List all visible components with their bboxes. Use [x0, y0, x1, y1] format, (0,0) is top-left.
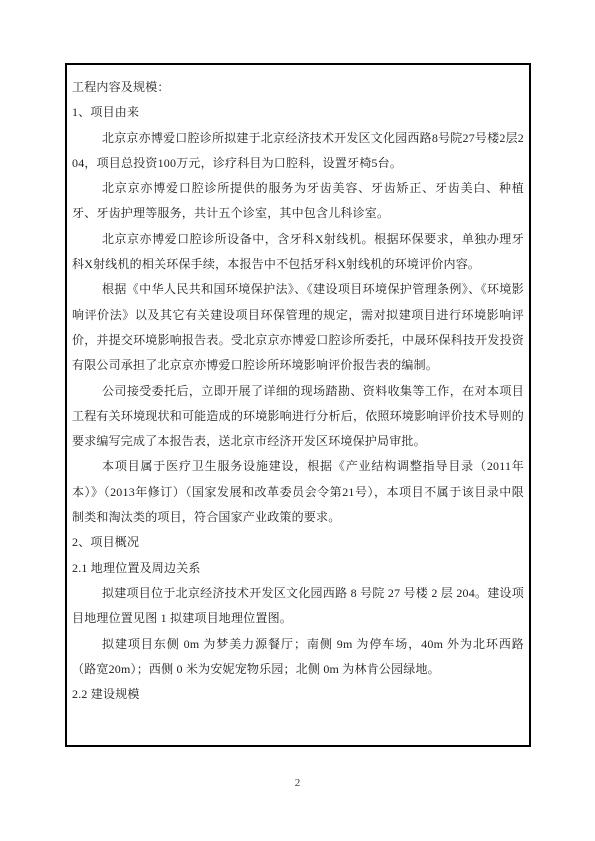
- paragraph: 北京京亦博爱口腔诊所拟建于北京经济技术开发区文化园西路8号院27号楼2层204，…: [72, 126, 524, 177]
- document-page: 工程内容及规模： 1、项目由来 北京京亦博爱口腔诊所拟建于北京经济技术开发区文化…: [0, 0, 595, 841]
- paragraph: 拟建项目位于北京经济技术开发区文化园西路 8 号院 27 号楼 2 层 204。…: [72, 581, 524, 632]
- paragraph: 北京京亦博爱口腔诊所设备中，含牙科X射线机。根据环保要求，单独办理牙科X射线机的…: [72, 227, 524, 278]
- paragraph: 拟建项目东侧 0m 为梦美力源餐厅；南侧 9m 为停车场，40m 外为北环西路（…: [72, 632, 524, 683]
- paragraph: 公司接受委托后，立即开展了详细的现场踏勘、资料收集等工作，在对本项目工程有关环境…: [72, 379, 524, 455]
- paragraph: 本项目属于医疗卫生服务设施建设，根据《产业结构调整指导目录（2011年本）》（2…: [72, 454, 524, 530]
- heading-build-scale: 2.2 建设规模: [72, 682, 524, 707]
- heading-location: 2.1 地理位置及周边关系: [72, 556, 524, 581]
- content-box: 工程内容及规模： 1、项目由来 北京京亦博爱口腔诊所拟建于北京经济技术开发区文化…: [65, 63, 531, 747]
- heading-project-overview: 2、项目概况: [72, 530, 524, 555]
- heading-project-origin: 1、项目由来: [72, 100, 524, 125]
- page-number: 2: [0, 777, 595, 789]
- paragraph: 北京京亦博爱口腔诊所提供的服务为牙齿美容、牙齿矫正、牙齿美白、种植牙、牙齿护理等…: [72, 176, 524, 227]
- paragraph: 根据《中华人民共和国环境保护法》、《建设项目环境保护管理条例》、《环境影响评价法…: [72, 277, 524, 378]
- section-label: 工程内容及规模：: [72, 75, 524, 100]
